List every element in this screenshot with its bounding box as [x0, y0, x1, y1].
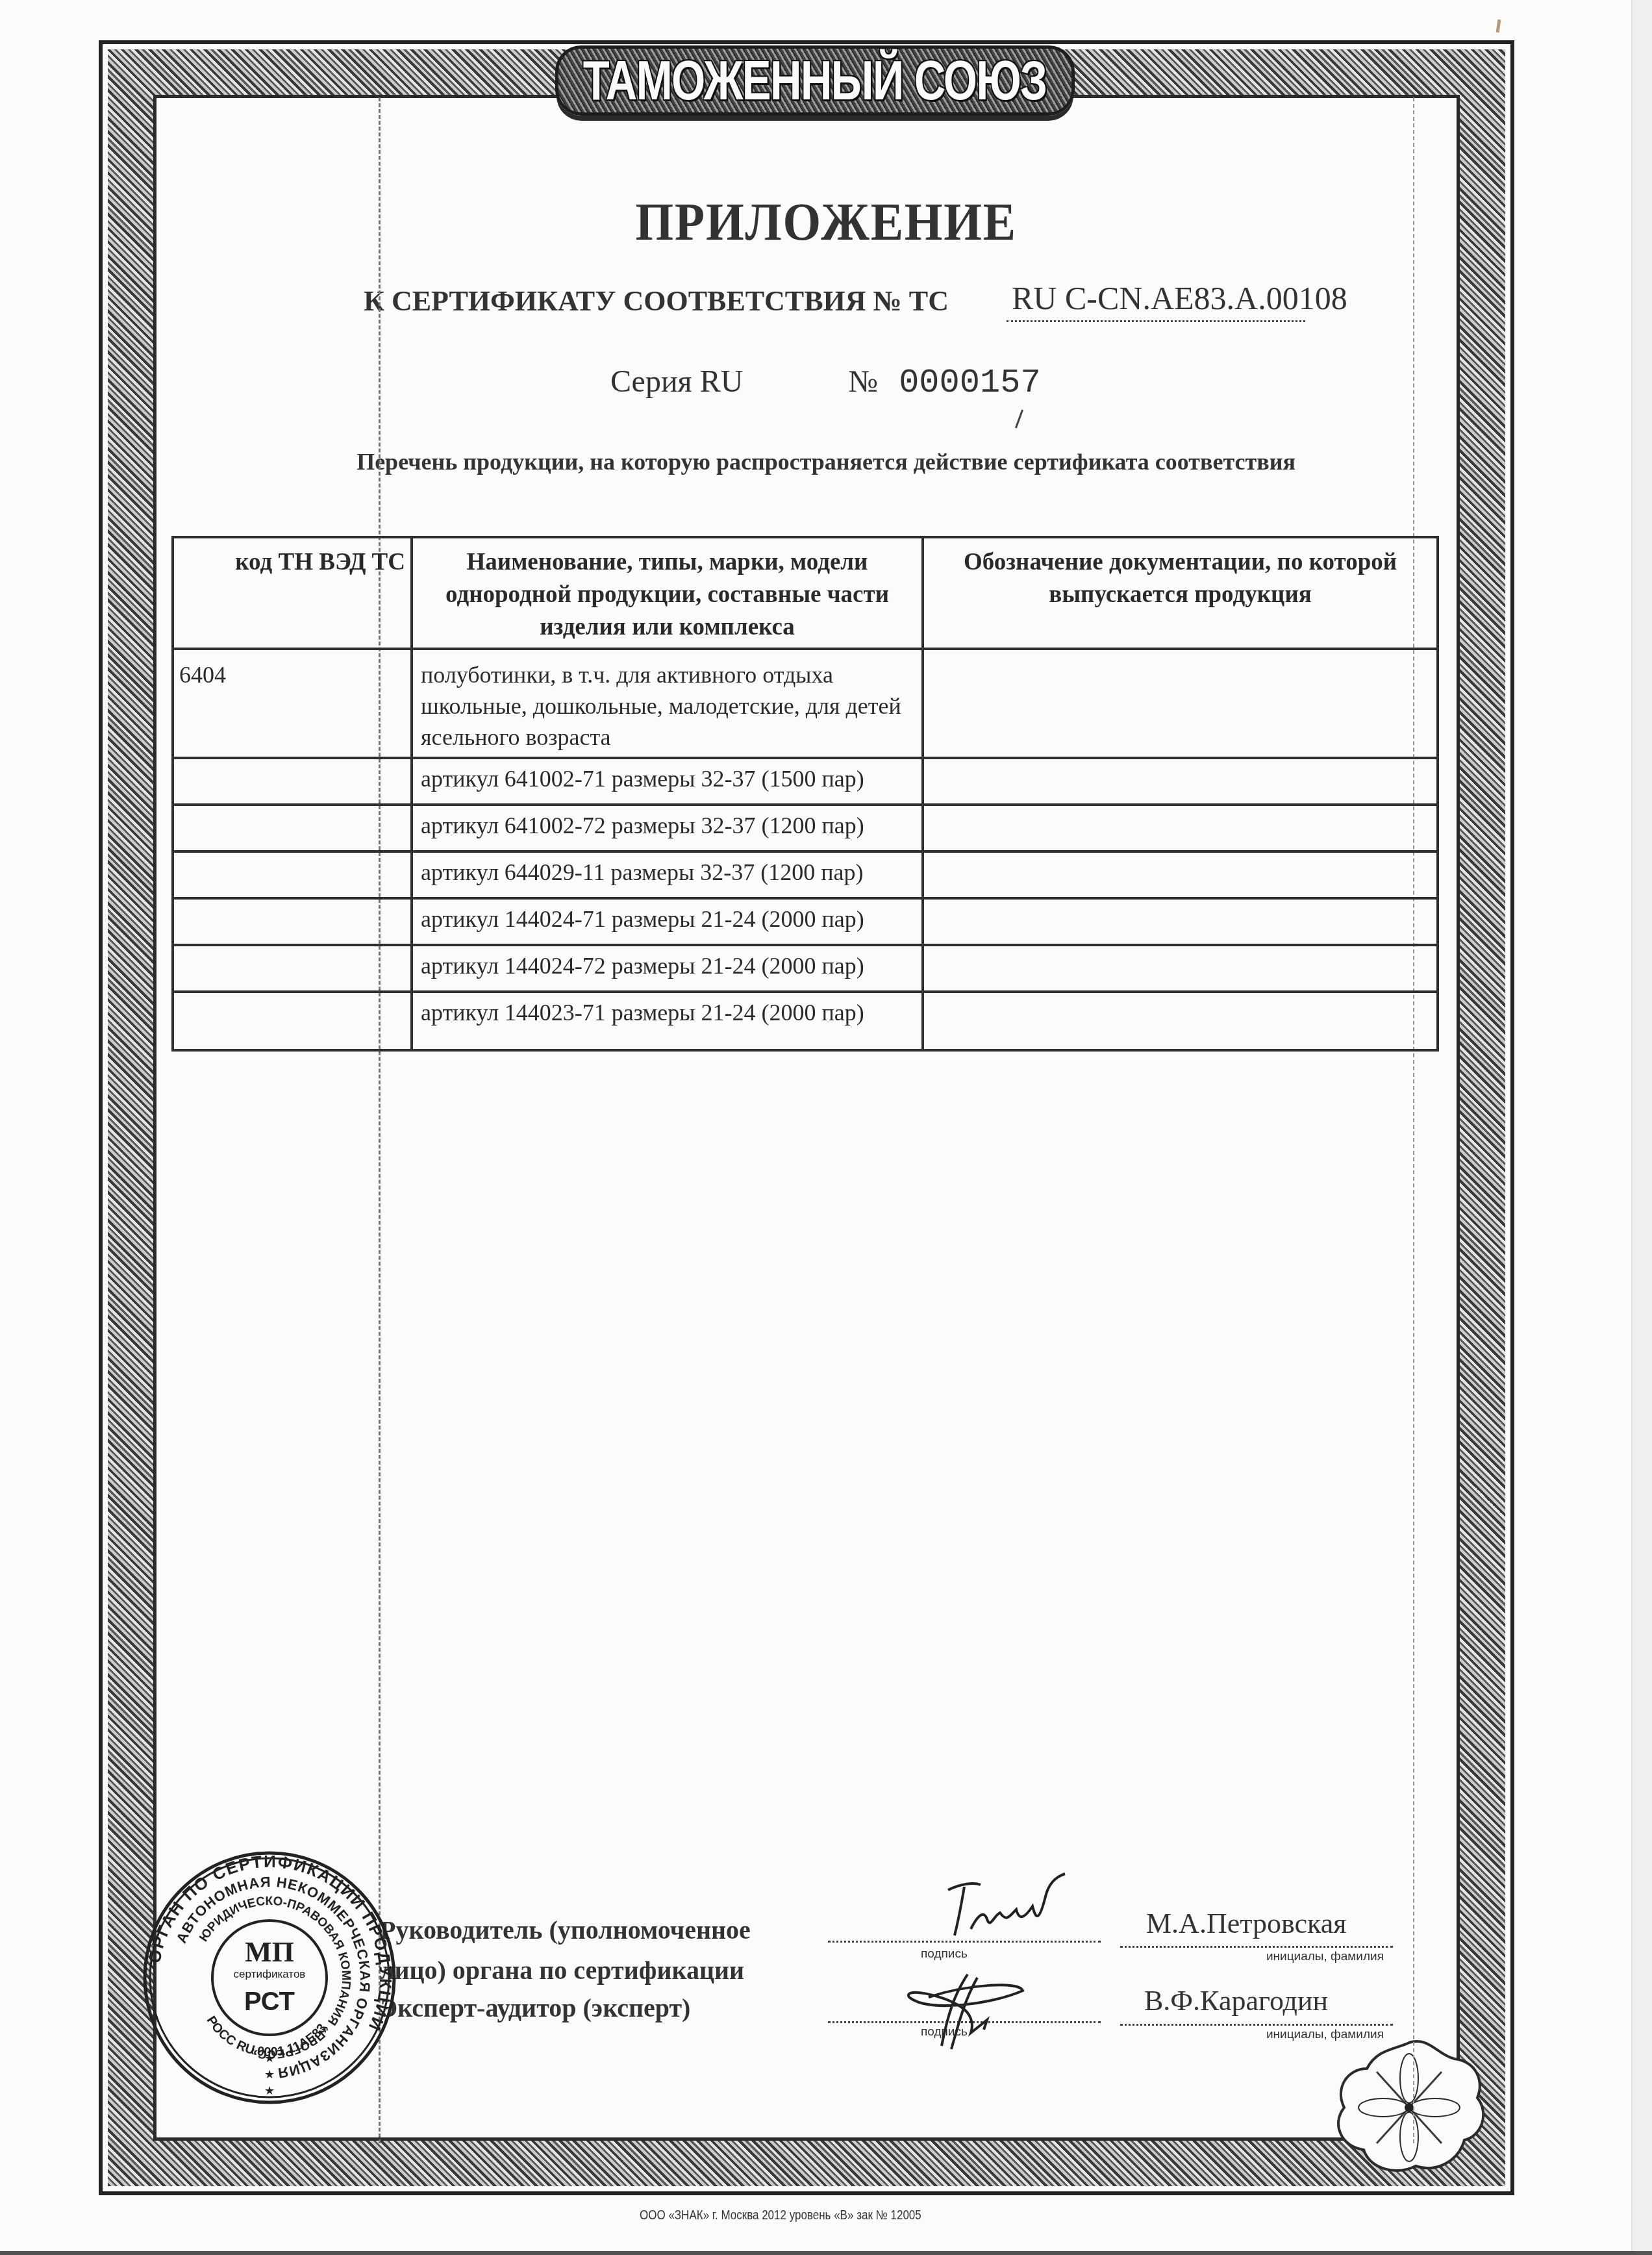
cell-code — [173, 945, 412, 992]
scan-bottom-strip — [0, 2251, 1652, 2255]
cell-name: артикул 144024-72 размеры 21-24 (2000 па… — [412, 945, 923, 992]
expert-role: Эксперт-аудитор (эксперт) — [380, 1993, 690, 2023]
cell-documentation — [923, 649, 1438, 758]
printer-imprint: ООО «ЗНАК» г. Москва 2012 уровень «В» за… — [640, 2208, 921, 2223]
cell-name: артикул 641002-71 размеры 32-37 (1500 па… — [412, 758, 923, 805]
certificate-number: RU C-CN.AE83.A.00108 — [1012, 279, 1347, 317]
svg-text:★: ★ — [264, 2068, 275, 2081]
table-row: артикул 641002-71 размеры 32-37 (1500 па… — [173, 758, 1438, 805]
head-name-caption: инициалы, фамилия — [1266, 1950, 1384, 1964]
svg-text:★: ★ — [264, 2084, 275, 2097]
certificate-number-underline — [1007, 320, 1305, 322]
table-header-row: код ТН ВЭД ТС Наименование, типы, марки,… — [173, 537, 1438, 649]
table-row: артикул 641002-72 размеры 32-37 (1200 па… — [173, 805, 1438, 851]
table-row: артикул 144023-71 размеры 21-24 (2000 па… — [173, 992, 1438, 1050]
certificate-reference: К СЕРТИФИКАТУ СООТВЕТСТВИЯ № ТС RU C-CN.… — [364, 279, 1338, 325]
scan-page-edge — [1631, 0, 1652, 2255]
head-role-line2: лицо) органа по сертификации — [380, 1955, 744, 1985]
serial-number: 0000157 — [899, 364, 1040, 402]
expert-name-caption: инициалы, фамилия — [1266, 2028, 1384, 2042]
cell-name: полуботинки, в т.ч. для активного отдыха… — [412, 649, 923, 758]
cell-documentation — [923, 805, 1438, 851]
stamp-center-top: МП — [245, 1936, 294, 1968]
table-row: артикул 644029-11 размеры 32-37 (1200 па… — [173, 851, 1438, 898]
cell-code — [173, 898, 412, 945]
cell-name: артикул 144023-71 размеры 21-24 (2000 па… — [412, 992, 923, 1050]
cell-name: артикул 641002-72 размеры 32-37 (1200 па… — [412, 805, 923, 851]
expert-name: В.Ф.Карагодин — [1144, 1984, 1328, 2017]
page-title: ПРИЛОЖЕНИЕ — [0, 192, 1652, 253]
cell-code — [173, 992, 412, 1050]
product-table: код ТН ВЭД ТС Наименование, типы, марки,… — [171, 536, 1439, 1052]
expert-signature-icon — [890, 1968, 1058, 2052]
table-row: артикул 144024-72 размеры 21-24 (2000 па… — [173, 945, 1438, 992]
certificate-label: К СЕРТИФИКАТУ СООТВЕТСТВИЯ № ТС — [364, 284, 949, 318]
table-row: артикул 144024-71 размеры 21-24 (2000 па… — [173, 898, 1438, 945]
cell-code: 6404 — [173, 649, 412, 758]
cell-documentation — [923, 992, 1438, 1050]
product-list-caption: Перечень продукции, на которую распростр… — [0, 448, 1652, 475]
header-documentation: Обозначение документации, по которой вып… — [923, 537, 1438, 649]
cell-documentation — [923, 898, 1438, 945]
certification-body-stamp: ОРГАН ПО СЕРТИФИКАЦИИ ПРОДУКЦИИ АВТОНОМН… — [140, 1848, 399, 2108]
cell-name: артикул 144024-71 размеры 21-24 (2000 па… — [412, 898, 923, 945]
cell-documentation — [923, 851, 1438, 898]
header-code: код ТН ВЭД ТС — [173, 537, 412, 649]
svg-text:★: ★ — [264, 2052, 275, 2065]
cell-documentation — [923, 758, 1438, 805]
fold-line — [379, 97, 381, 2143]
cell-name: артикул 644029-11 размеры 32-37 (1200 па… — [412, 851, 923, 898]
head-signature-caption: подпись — [921, 1947, 968, 1961]
head-signature-icon — [935, 1871, 1084, 1942]
corner-rosette-icon — [1325, 2033, 1494, 2182]
banner-text: ТАМОЖЕННЫЙ СОЮЗ — [583, 49, 1047, 113]
fold-line — [1413, 97, 1414, 2143]
cell-code — [173, 805, 412, 851]
series-line: Серия RU № 0000157 — [610, 364, 1041, 402]
head-role-line1: Руководитель (уполномоченное — [380, 1915, 751, 1945]
number-sign: № — [848, 364, 878, 399]
stamp-center-sub: сертификатов — [234, 1968, 306, 1980]
head-name: М.А.Петровская — [1146, 1907, 1347, 1940]
table-row: 6404полуботинки, в т.ч. для активного от… — [173, 649, 1438, 758]
stamp-logo: РСТ — [244, 1987, 295, 2016]
cell-code — [173, 851, 412, 898]
head-name-line — [1120, 1946, 1393, 1948]
cell-code — [173, 758, 412, 805]
header-name: Наименование, типы, марки, модели одноро… — [412, 537, 923, 649]
cell-documentation — [923, 945, 1438, 992]
customs-union-banner: ТАМОЖЕННЫЙ СОЮЗ — [555, 45, 1075, 116]
stamp-stars-icon: ★ ★ ★ — [264, 2052, 275, 2097]
expert-name-line — [1120, 2024, 1393, 2026]
series-label: Серия RU — [610, 364, 743, 399]
